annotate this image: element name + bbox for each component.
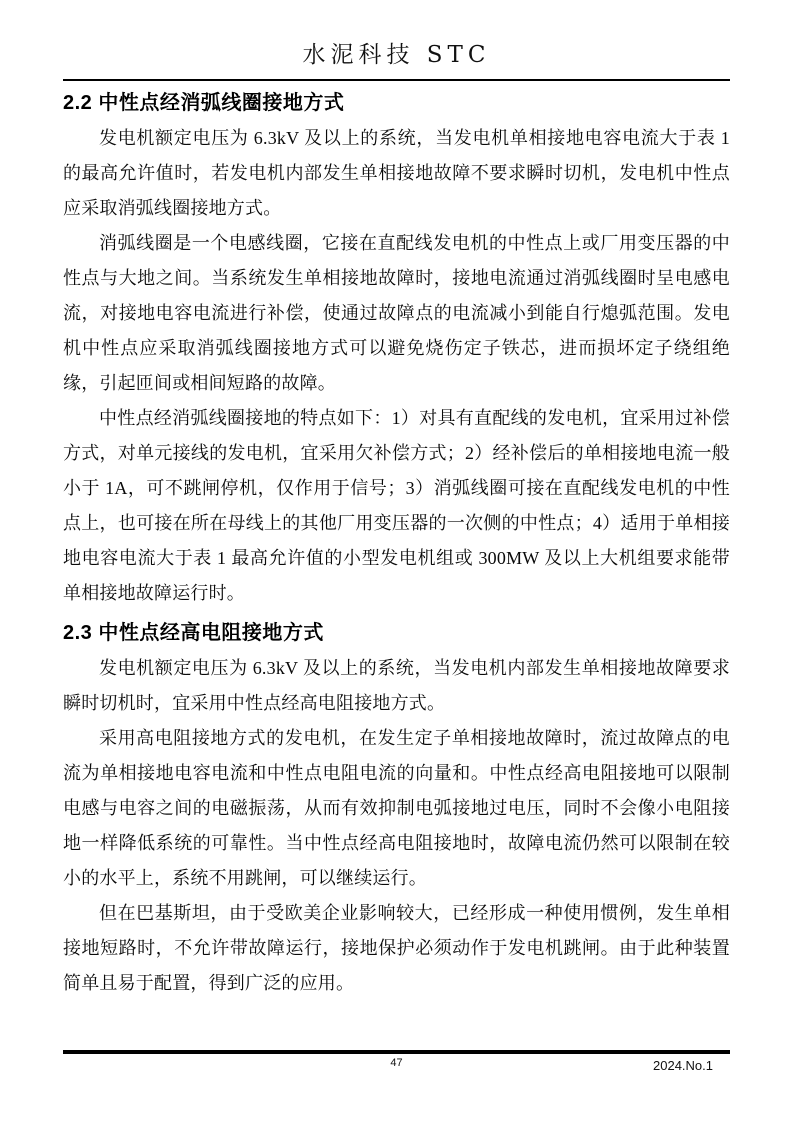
paragraph: 发电机额定电压为 6.3kV 及以上的系统，当发电机内部发生单相接地故障要求瞬时… bbox=[63, 651, 730, 721]
page-content: 水泥科技 STC 2.2 中性点经消弧线圈接地方式 发电机额定电压为 6.3kV… bbox=[0, 0, 793, 1001]
section-heading-2-2: 2.2 中性点经消弧线圈接地方式 bbox=[63, 88, 730, 118]
footer-row: 47 2024.No.1 bbox=[63, 1057, 730, 1075]
header-rule bbox=[63, 79, 730, 81]
section-2-2: 2.2 中性点经消弧线圈接地方式 发电机额定电压为 6.3kV 及以上的系统，当… bbox=[63, 88, 730, 611]
footer-rule bbox=[63, 1050, 730, 1054]
section-heading-2-3: 2.3 中性点经高电阻接地方式 bbox=[63, 618, 730, 648]
journal-title: 水泥科技 STC bbox=[63, 38, 730, 72]
document-page: 水泥科技 STC 2.2 中性点经消弧线圈接地方式 发电机额定电压为 6.3kV… bbox=[0, 0, 793, 1122]
paragraph: 但在巴基斯坦，由于受欧美企业影响较大，已经形成一种使用惯例，发生单相接地短路时，… bbox=[63, 896, 730, 1001]
paragraph: 中性点经消弧线圈接地的特点如下：1）对具有直配线的发电机，宜采用过补偿方式，对单… bbox=[63, 401, 730, 611]
paragraph: 发电机额定电压为 6.3kV 及以上的系统，当发电机单相接地电容电流大于表 1 … bbox=[63, 121, 730, 226]
section-2-3: 2.3 中性点经高电阻接地方式 发电机额定电压为 6.3kV 及以上的系统，当发… bbox=[63, 618, 730, 1001]
issue-label: 2024.No.1 bbox=[653, 1058, 713, 1073]
paragraph: 消弧线圈是一个电感线圈，它接在直配线发电机的中性点上或厂用变压器的中性点与大地之… bbox=[63, 226, 730, 401]
page-footer: 47 2024.No.1 bbox=[63, 1050, 730, 1075]
paragraph: 采用高电阻接地方式的发电机，在发生定子单相接地故障时，流过故障点的电流为单相接地… bbox=[63, 721, 730, 896]
page-number: 47 bbox=[63, 1057, 730, 1069]
